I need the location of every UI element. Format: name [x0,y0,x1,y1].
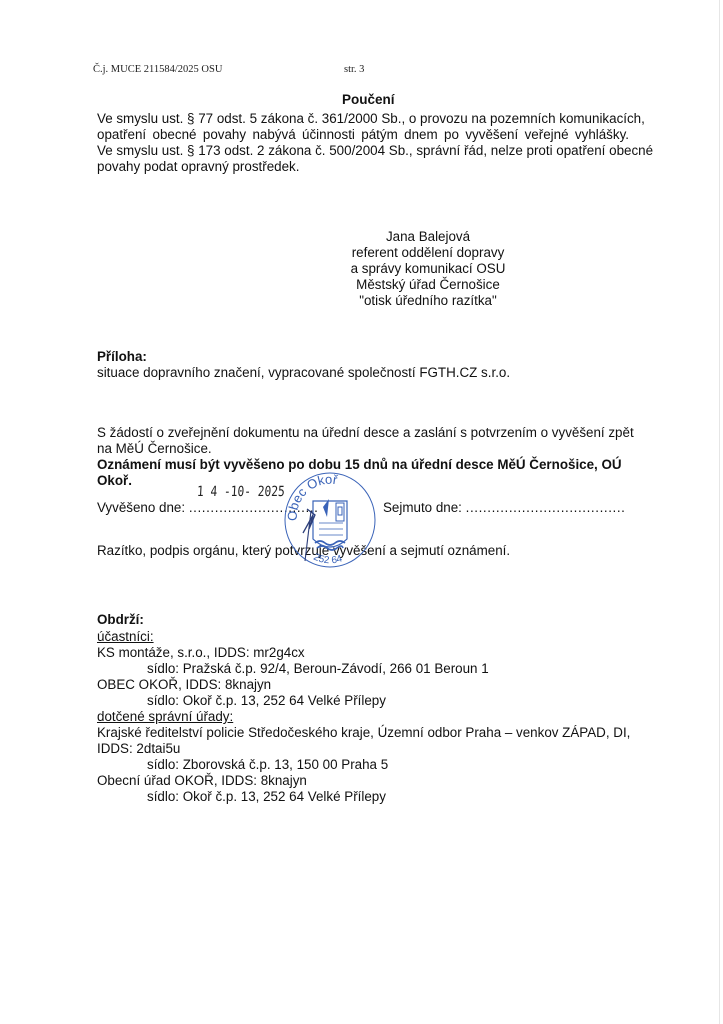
recipient-name: OBEC OKOŘ, IDDS: 8knajyn [97,677,630,693]
recipients-heading: Obdrží: [97,612,630,628]
removed-label: Sejmuto dne: [383,500,462,515]
posted-date-row: Vyvěšeno dne: ..........................… [97,500,318,516]
pouceni-line: Ve smyslu ust. § 173 odst. 2 zákona č. 5… [97,143,629,159]
recipients-block: Obdrží: účastníci: KS montáže, s.r.o., I… [97,612,630,805]
removed-date-field: ..................................... [466,500,626,515]
request-paragraph: S žádostí o zveřejnění dokumentu na úřed… [97,425,629,489]
posted-date-field: .............................. [189,500,319,515]
signature-block: Jana Balejová referent oddělení dopravy … [335,229,521,309]
recipient-name: KS montáže, s.r.o., IDDS: mr2g4cx [97,645,630,661]
signatory-role: a správy komunikací OSU [335,261,521,277]
page-number: str. 3 [344,64,364,75]
recipient-address: sídlo: Pražská č.p. 92/4, Beroun-Závodí,… [97,661,630,677]
recipient-address: sídlo: Okoř č.p. 13, 252 64 Velké Přílep… [97,693,630,709]
recipient-group-label: dotčené správní úřady: [97,709,630,725]
recipient-group-label: účastníci: [97,629,630,645]
confirmation-text: Razítko, podpis orgánu, který potvrzuje … [97,543,510,559]
pouceni-line: Ve smyslu ust. § 77 odst. 5 zákona č. 36… [97,111,629,127]
section-title-pouceni: Poučení [342,92,395,107]
stamp-note: "otisk úředního razítka" [335,293,521,309]
pouceni-paragraph: Ve smyslu ust. § 77 odst. 5 zákona č. 36… [97,111,629,175]
recipient-name: IDDS: 2dtai5u [97,741,630,757]
signatory-office: Městský úřad Černošice [335,277,521,293]
page-edge [719,0,720,1024]
signatory-role: referent oddělení dopravy [335,245,521,261]
signatory-name: Jana Balejová [335,229,521,245]
pouceni-line: povahy podat opravný prostředek. [97,159,629,175]
reference-number: Č.j. MUCE 211584/2025 OSU [93,64,222,75]
attachment-heading: Příloha: [97,349,147,365]
request-line: S žádostí o zveřejnění dokumentu na úřed… [97,425,629,441]
recipient-address: sídlo: Zborovská č.p. 13, 150 00 Praha 5 [97,757,630,773]
document-page: Č.j. MUCE 211584/2025 OSU str. 3 Poučení… [0,0,723,1024]
recipient-name: Obecní úřad OKOŘ, IDDS: 8knajyn [97,773,630,789]
request-line: na MěÚ Černošice. [97,441,629,457]
attachment-text: situace dopravního značení, vypracované … [97,365,510,381]
recipient-name: Krajské ředitelství policie Středočeskéh… [97,725,630,741]
posted-label: Vyvěšeno dne: [97,500,185,515]
recipient-address: sídlo: Okoř č.p. 13, 252 64 Velké Přílep… [97,789,630,805]
removed-date-row: Sejmuto dne: ...........................… [383,500,626,516]
posting-notice: Oznámení musí být vyvěšeno po dobu 15 dn… [97,457,629,489]
pouceni-line: opatření obecné povahy nabývá účinnosti … [97,127,629,143]
posted-date-handwritten: 1 4 -10- 2025 [197,484,286,500]
